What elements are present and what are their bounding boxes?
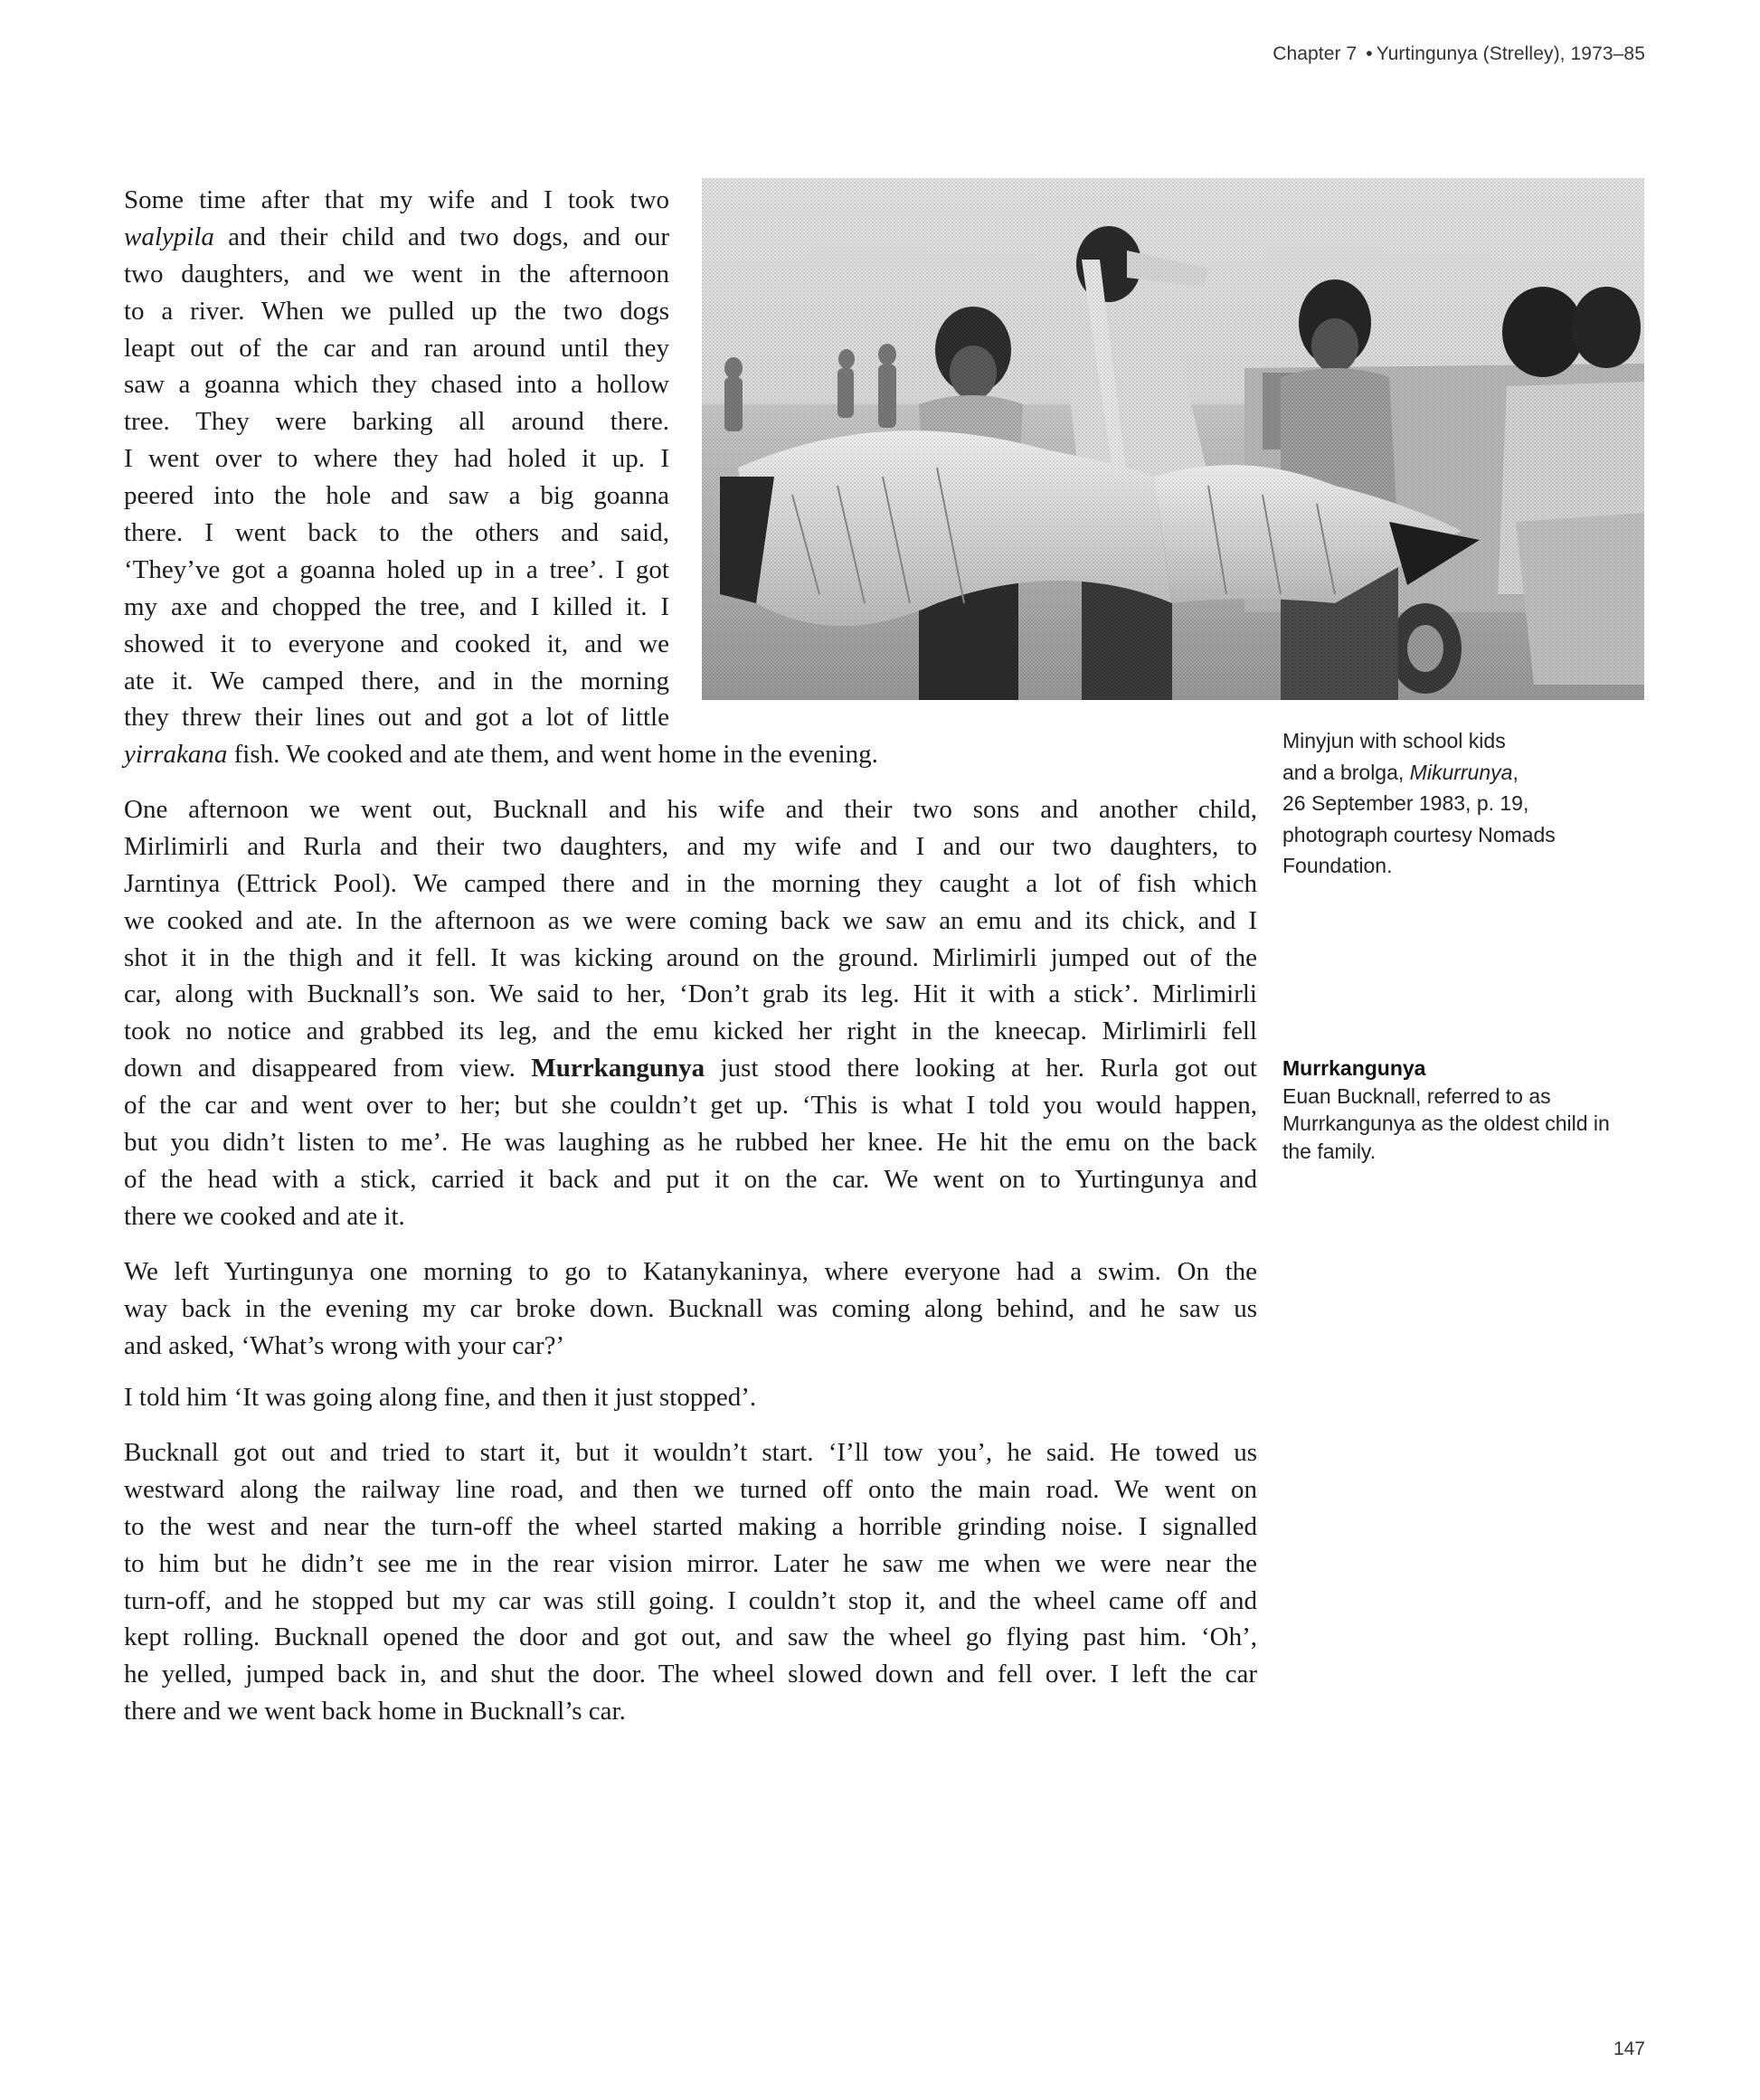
text-line: I told him ‘It was going along fine, and… (124, 1379, 1257, 1416)
line-text: Jarntinya (Ettrick Pool). We camped ther… (124, 869, 1257, 898)
line-content: shot it in the thigh and it fell. It was… (124, 940, 1257, 977)
caption-text: photograph courtesy Nomads (1282, 823, 1556, 847)
text-line: car, along with Bucknall’s son. We said … (124, 976, 1257, 1013)
line-text: turn-off, and he stopped but my car was … (124, 1586, 1257, 1615)
text-line: we cooked and ate. In the afternoon as w… (124, 903, 1257, 940)
line-content: there we cooked and ate it. (124, 1198, 1257, 1235)
line-content: down and disappeared from view. Murrkang… (124, 1050, 1257, 1087)
line-text: to a river. When we pulled up the two do… (124, 297, 669, 326)
running-head: Chapter 7 •Yurtingunya (Strelley), 1973–… (1273, 40, 1645, 69)
paragraph-2: One afternoon we went out, Bucknall and … (124, 791, 1257, 1235)
text-line: walypila and their child and two dogs, a… (124, 219, 669, 256)
line-text: showed it to everyone and cooked it, and… (124, 629, 669, 658)
text-line: kept rolling. Bucknall opened the door a… (124, 1619, 1257, 1656)
line-content: of the head with a stick, carried it bac… (124, 1161, 1257, 1198)
line-text: peered into the hole and saw a big goann… (124, 481, 669, 510)
line-text: car, along with Bucknall’s son. We said … (124, 979, 1257, 1008)
text-line: tree. They were barking all around there… (124, 403, 669, 440)
text-line: leapt out of the car and ran around unti… (124, 330, 669, 367)
sidenote-line: Euan Bucknall, referred to as (1282, 1083, 1680, 1111)
chapter-title: Yurtingunya (Strelley), 1973–85 (1377, 43, 1645, 64)
line-text: tree. They were barking all around there… (124, 407, 669, 436)
line-content: there. I went back to the others and sai… (124, 515, 669, 552)
text-line: of the head with a stick, carried it bac… (124, 1161, 1257, 1198)
line-content: we cooked and ate. In the afternoon as w… (124, 903, 1257, 940)
text-line: ‘They’ve got a goanna holed up in a tree… (124, 552, 669, 589)
line-content: two daughters, and we went in the aftern… (124, 256, 669, 293)
text-line: I went over to where they had holed it u… (124, 440, 669, 478)
text-line: to the west and near the turn-off the wh… (124, 1509, 1257, 1546)
line-text: two daughters, and we went in the aftern… (124, 260, 669, 289)
caption-line: and a brolga, Mikurrunya, (1282, 757, 1662, 789)
line-content: took no notice and grabbed its leg, and … (124, 1013, 1257, 1050)
line-content: I went over to where they had holed it u… (124, 440, 669, 478)
text-line: and asked, ‘What’s wrong with your car?’ (124, 1328, 1257, 1365)
photo-caption: Minyjun with school kids and a brolga, M… (1282, 725, 1662, 882)
line-content: way back in the evening my car broke dow… (124, 1291, 1257, 1328)
text-line: Bucknall got out and tried to start it, … (124, 1434, 1257, 1471)
caption-line: photograph courtesy Nomads (1282, 819, 1662, 851)
caption-text: Minyjun with school kids (1282, 729, 1506, 752)
line-content: my axe and chopped the tree, and I kille… (124, 589, 669, 626)
line-text: they threw their lines out and got a lot… (124, 703, 669, 732)
line-content: tree. They were barking all around there… (124, 403, 669, 440)
glossary-sidenote: Murrkangunya Euan Bucknall, referred to … (1282, 1055, 1680, 1165)
line-text: there we cooked and ate it. (124, 1202, 405, 1231)
bold-term: Murrkangunya (531, 1054, 705, 1083)
line-content: to the west and near the turn-off the wh… (124, 1509, 1257, 1546)
line-text: down and disappeared from view. (124, 1054, 531, 1083)
caption-text: and a brolga, (1282, 761, 1410, 784)
line-content: to a river. When we pulled up the two do… (124, 293, 669, 330)
line-content: saw a goanna which they chased into a ho… (124, 366, 669, 403)
text-line: to a river. When we pulled up the two do… (124, 293, 669, 330)
paragraph-3: We left Yurtingunya one morning to go to… (124, 1253, 1257, 1365)
line-content: westward along the railway line road, an… (124, 1471, 1257, 1509)
line-content: peered into the hole and saw a big goann… (124, 478, 669, 515)
line-text: Some time after that my wife and I took … (124, 185, 669, 214)
line-content: ‘They’ve got a goanna holed up in a tree… (124, 552, 669, 589)
text-line: showed it to everyone and cooked it, and… (124, 626, 669, 663)
sidenote-term: Murrkangunya (1282, 1055, 1680, 1083)
line-text: kept rolling. Bucknall opened the door a… (124, 1622, 1257, 1651)
caption-text: 26 September 1983, p. 19, (1282, 791, 1528, 815)
line-content: Bucknall got out and tried to start it, … (124, 1434, 1257, 1471)
line-text: leapt out of the car and ran around unti… (124, 334, 669, 363)
line-content: We left Yurtingunya one morning to go to… (124, 1253, 1257, 1291)
line-text: just stood there looking at her. Rurla g… (705, 1054, 1257, 1083)
sidenote-line: Murrkangunya as the oldest child in (1282, 1110, 1680, 1138)
line-content: I told him ‘It was going along fine, and… (124, 1379, 1257, 1416)
text-line: there. I went back to the others and sai… (124, 515, 669, 552)
line-text: he yelled, jumped back in, and shut the … (124, 1660, 1257, 1689)
line-text: way back in the evening my car broke dow… (124, 1294, 1257, 1323)
line-text: we cooked and ate. In the afternoon as w… (124, 906, 1257, 935)
line-text: my axe and chopped the tree, and I kille… (124, 592, 669, 621)
line-content: car, along with Bucknall’s son. We said … (124, 976, 1257, 1013)
caption-publication-title: Mikurrunya (1410, 761, 1513, 784)
text-line: yirrakana fish. We cooked and ate them, … (124, 736, 1257, 773)
line-text: there. I went back to the others and sai… (124, 518, 669, 547)
text-line: there we cooked and ate it. (124, 1198, 1257, 1235)
text-line: my axe and chopped the tree, and I kille… (124, 589, 669, 626)
sidenote-line: the family. (1282, 1138, 1680, 1166)
paragraph-1: Some time after that my wife and I took … (124, 182, 1257, 773)
line-text: We left Yurtingunya one morning to go to… (124, 1257, 1257, 1286)
line-text: and their child and two dogs, and our (214, 222, 669, 251)
text-line: saw a goanna which they chased into a ho… (124, 366, 669, 403)
text-line: of the car and went over to her; but she… (124, 1087, 1257, 1124)
line-text: and asked, ‘What’s wrong with your car?’ (124, 1331, 564, 1360)
line-text: of the head with a stick, carried it bac… (124, 1165, 1257, 1194)
bullet-separator-icon: • (1366, 43, 1372, 64)
line-content: yirrakana fish. We cooked and ate them, … (124, 736, 1257, 773)
line-content: showed it to everyone and cooked it, and… (124, 626, 669, 663)
text-line: We left Yurtingunya one morning to go to… (124, 1253, 1257, 1291)
line-content: and asked, ‘What’s wrong with your car?’ (124, 1328, 1257, 1365)
page-number: 147 (1613, 2035, 1645, 2064)
line-text: took no notice and grabbed its leg, and … (124, 1017, 1257, 1045)
text-line: ate it. We camped there, and in the morn… (124, 663, 669, 700)
caption-line: Minyjun with school kids (1282, 725, 1662, 757)
line-text: fish. We cooked and ate them, and went h… (227, 740, 878, 769)
text-line: but you didn’t listen to me’. He was lau… (124, 1124, 1257, 1161)
text-line: way back in the evening my car broke dow… (124, 1291, 1257, 1328)
line-content: One afternoon we went out, Bucknall and … (124, 791, 1257, 828)
book-page: Chapter 7 •Yurtingunya (Strelley), 1973–… (0, 0, 1760, 2100)
caption-line: Foundation. (1282, 850, 1662, 882)
line-content: leapt out of the car and ran around unti… (124, 330, 669, 367)
line-content: but you didn’t listen to me’. He was lau… (124, 1124, 1257, 1161)
text-line: they threw their lines out and got a lot… (124, 699, 669, 736)
line-text: shot it in the thigh and it fell. It was… (124, 943, 1257, 972)
line-text: but you didn’t listen to me’. He was lau… (124, 1128, 1257, 1157)
text-line: Mirlimirli and Rurla and their two daugh… (124, 828, 1257, 866)
line-content: ate it. We camped there, and in the morn… (124, 663, 669, 700)
text-line: to him but he didn’t see me in the rear … (124, 1546, 1257, 1583)
line-text: to him but he didn’t see me in the rear … (124, 1549, 1257, 1578)
line-text: ate it. We camped there, and in the morn… (124, 667, 669, 695)
text-line: shot it in the thigh and it fell. It was… (124, 940, 1257, 977)
line-content: turn-off, and he stopped but my car was … (124, 1583, 1257, 1620)
text-line: took no notice and grabbed its leg, and … (124, 1013, 1257, 1050)
line-text: ‘They’ve got a goanna holed up in a tree… (124, 555, 669, 584)
line-content: they threw their lines out and got a lot… (124, 699, 669, 736)
line-text: there and we went back home in Bucknall’… (124, 1697, 626, 1726)
line-text: I told him ‘It was going along fine, and… (124, 1383, 756, 1412)
paragraph-5: Bucknall got out and tried to start it, … (124, 1434, 1257, 1730)
text-line: turn-off, and he stopped but my car was … (124, 1583, 1257, 1620)
line-text: One afternoon we went out, Bucknall and … (124, 795, 1257, 824)
caption-line: 26 September 1983, p. 19, (1282, 788, 1662, 819)
caption-text: Foundation. (1282, 854, 1392, 877)
line-content: to him but he didn’t see me in the rear … (124, 1546, 1257, 1583)
line-text: westward along the railway line road, an… (124, 1475, 1257, 1504)
text-line: peered into the hole and saw a big goann… (124, 478, 669, 515)
line-content: he yelled, jumped back in, and shut the … (124, 1656, 1257, 1693)
line-content: there and we went back home in Bucknall’… (124, 1693, 1257, 1730)
line-content: Some time after that my wife and I took … (124, 182, 669, 219)
line-text: I went over to where they had holed it u… (124, 444, 669, 473)
line-content: kept rolling. Bucknall opened the door a… (124, 1619, 1257, 1656)
line-text: Bucknall got out and tried to start it, … (124, 1438, 1257, 1467)
chapter-label: Chapter 7 (1273, 43, 1357, 64)
line-text: saw a goanna which they chased into a ho… (124, 370, 669, 399)
italic-term: yirrakana (124, 740, 227, 769)
italic-term: walypila (124, 222, 214, 251)
text-line: Jarntinya (Ettrick Pool). We camped ther… (124, 866, 1257, 903)
line-content: Jarntinya (Ettrick Pool). We camped ther… (124, 866, 1257, 903)
line-content: walypila and their child and two dogs, a… (124, 219, 669, 256)
text-line: down and disappeared from view. Murrkang… (124, 1050, 1257, 1087)
line-content: Mirlimirli and Rurla and their two daugh… (124, 828, 1257, 866)
caption-text: , (1512, 761, 1518, 784)
text-line: two daughters, and we went in the aftern… (124, 256, 669, 293)
line-text: of the car and went over to her; but she… (124, 1091, 1257, 1120)
line-content: of the car and went over to her; but she… (124, 1087, 1257, 1124)
line-text: Mirlimirli and Rurla and their two daugh… (124, 832, 1257, 861)
text-line: westward along the railway line road, an… (124, 1471, 1257, 1509)
text-line: there and we went back home in Bucknall’… (124, 1693, 1257, 1730)
text-line: Some time after that my wife and I took … (124, 182, 669, 219)
line-text: to the west and near the turn-off the wh… (124, 1512, 1257, 1541)
text-line: One afternoon we went out, Bucknall and … (124, 791, 1257, 828)
paragraph-4: I told him ‘It was going along fine, and… (124, 1379, 1257, 1416)
text-line: he yelled, jumped back in, and shut the … (124, 1656, 1257, 1693)
